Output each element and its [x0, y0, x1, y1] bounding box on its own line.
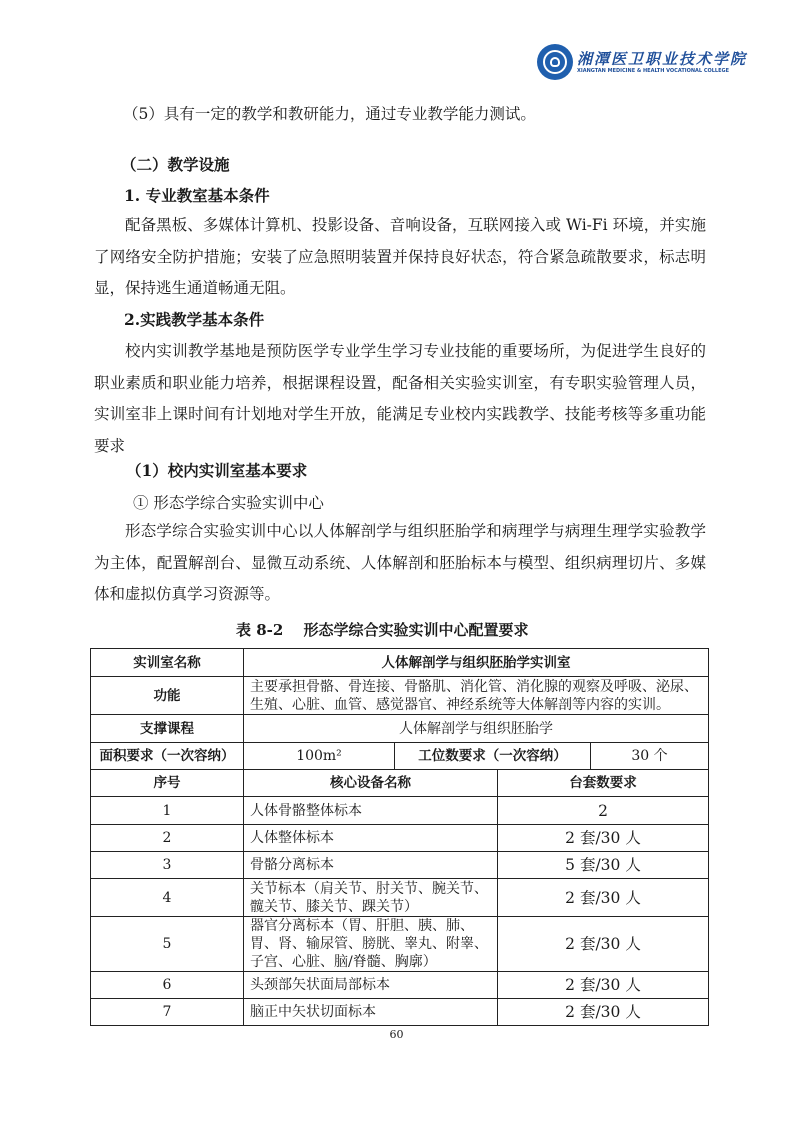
room-name-label: 实训室名称	[91, 649, 244, 677]
column-header-quantity: 台套数要求	[498, 770, 709, 797]
equipment-name: 人体骨骼整体标本	[244, 797, 498, 825]
page-number: 60	[0, 1028, 793, 1041]
equipment-quantity: 2 套/30 人	[498, 879, 709, 917]
college-emblem-icon	[537, 44, 573, 80]
subsection-title-classroom: 1. 专业教室基本条件	[124, 186, 270, 206]
item-5-text: （5）具有一定的教学和教研能力，通过专业教学能力测试。	[123, 104, 536, 124]
row-number: 6	[91, 972, 244, 999]
practice-paragraph: 校内实训教学基地是预防医学专业学生学习专业技能的重要场所，为促进学生良好的职业素…	[94, 336, 706, 462]
table-row: 4 关节标本（肩关节、肘关节、腕关节、髋关节、膝关节、踝关节） 2 套/30 人	[91, 879, 709, 917]
equipment-name: 人体整体标本	[244, 825, 498, 852]
subsection-title-practice: 2.实践教学基本条件	[124, 310, 264, 330]
table-row: 5 器官分离标本（胃、肝胆、胰、肺、胃、肾、输尿管、膀胱、睾丸、附睾、子宫、心脏…	[91, 917, 709, 972]
equipment-name: 器官分离标本（胃、肝胆、胰、肺、胃、肾、输尿管、膀胱、睾丸、附睾、子宫、心脏、脑…	[244, 917, 498, 972]
morphology-center-paragraph: 形态学综合实验实训中心以人体解剖学与组织胚胎学和病理学与病理生理学实验教学为主体…	[94, 516, 706, 611]
room-name-value: 人体解剖学与组织胚胎学实训室	[244, 649, 709, 677]
row-number: 1	[91, 797, 244, 825]
equipment-name: 关节标本（肩关节、肘关节、腕关节、髋关节、膝关节、踝关节）	[244, 879, 498, 917]
configuration-table: 实训室名称 人体解剖学与组织胚胎学实训室 功能 主要承担骨骼、骨连接、骨骼肌、消…	[90, 648, 709, 1026]
table-row: 1 人体骨骼整体标本 2	[91, 797, 709, 825]
area-label: 面积要求（一次容纳）	[91, 743, 244, 770]
logo-chinese-name: 湘潭医卫职业技术学院	[577, 50, 747, 68]
area-value: 100m²	[244, 743, 395, 770]
table-row: 3 骨骼分离标本 5 套/30 人	[91, 852, 709, 879]
course-row: 支撑课程 人体解剖学与组织胚胎学	[91, 715, 709, 743]
classroom-paragraph: 配备黑板、多媒体计算机、投影设备、音响设备，互联网接入或 Wi-Fi 环境，并实…	[94, 210, 706, 305]
equipment-quantity: 2 套/30 人	[498, 972, 709, 999]
equipment-quantity: 2 套/30 人	[498, 999, 709, 1026]
equipment-header-row: 序号 核心设备名称 台套数要求	[91, 770, 709, 797]
table-row: 2 人体整体标本 2 套/30 人	[91, 825, 709, 852]
equipment-name: 脑正中矢状切面标本	[244, 999, 498, 1026]
equipment-quantity: 2 套/30 人	[498, 825, 709, 852]
requirements-title: （1）校内实训室基本要求	[126, 461, 307, 481]
row-number: 5	[91, 917, 244, 972]
logo-english-name: XIANGTAN MEDICINE & HEALTH VOCATIONAL CO…	[577, 68, 747, 75]
column-header-no: 序号	[91, 770, 244, 797]
equipment-quantity: 5 套/30 人	[498, 852, 709, 879]
equipment-quantity: 2 套/30 人	[498, 917, 709, 972]
equipment-quantity: 2	[498, 797, 709, 825]
row-number: 7	[91, 999, 244, 1026]
table-row: 6 头颈部矢状面局部标本 2 套/30 人	[91, 972, 709, 999]
row-number: 2	[91, 825, 244, 852]
column-header-equipment: 核心设备名称	[244, 770, 498, 797]
equipment-name: 骨骼分离标本	[244, 852, 498, 879]
section-title-teaching-facilities: （二）教学设施	[121, 155, 230, 175]
row-number: 4	[91, 879, 244, 917]
course-label: 支撑课程	[91, 715, 244, 743]
station-value: 30 个	[591, 743, 709, 770]
table-row: 7 脑正中矢状切面标本 2 套/30 人	[91, 999, 709, 1026]
morphology-center-title: ① 形态学综合实验实训中心	[133, 493, 324, 513]
equipment-name: 头颈部矢状面局部标本	[244, 972, 498, 999]
function-label: 功能	[91, 677, 244, 715]
college-logo: 湘潭医卫职业技术学院 XIANGTAN MEDICINE & HEALTH VO…	[537, 44, 747, 80]
room-name-row: 实训室名称 人体解剖学与组织胚胎学实训室	[91, 649, 709, 677]
row-number: 3	[91, 852, 244, 879]
area-row: 面积要求（一次容纳） 100m² 工位数要求（一次容纳） 30 个	[91, 743, 709, 770]
function-row: 功能 主要承担骨骼、骨连接、骨骼肌、消化管、消化腺的观察及呼吸、泌尿、生殖、心脏…	[91, 677, 709, 715]
course-value: 人体解剖学与组织胚胎学	[244, 715, 709, 743]
station-label: 工位数要求（一次容纳）	[395, 743, 591, 770]
table-caption: 表 8-2 形态学综合实验实训中心配置要求	[236, 620, 529, 640]
function-value: 主要承担骨骼、骨连接、骨骼肌、消化管、消化腺的观察及呼吸、泌尿、生殖、心脏、血管…	[244, 677, 709, 715]
